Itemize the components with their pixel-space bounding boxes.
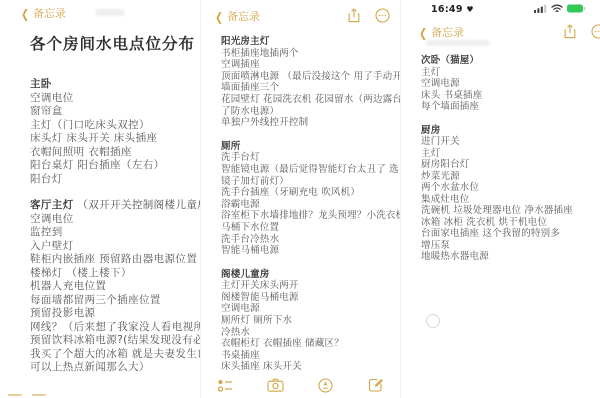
note-blank-line <box>421 113 600 125</box>
note-blank-line <box>221 129 400 141</box>
note-line: 楼梯灯 （楼上楼下） <box>30 267 200 281</box>
note-line: 浴霸电源 <box>221 199 400 211</box>
note-line: 衣帽柜灯 衣帽插座 储藏区？ <box>221 338 400 350</box>
note-line: 阁楼智能马桶电源 <box>221 292 400 304</box>
note-line: 监控到 <box>30 226 200 240</box>
note-page-3: 16:49 ♥ <box>400 0 600 398</box>
note-line: 浴室柜下水墙排地排？龙头预埋？小洗衣机 <box>221 210 400 222</box>
note-line: 空调电位 <box>30 92 200 106</box>
note-line: 空调插座 <box>221 59 400 71</box>
note-line: 洗碗机 垃圾处理器电位 净水器插座 <box>421 205 600 217</box>
note-page-1: ❮ 备忘录 各个房间水电点位分布主卧空调电位窗帘盒主灯（门口吃床头双控）床头灯 … <box>0 0 200 398</box>
note-line: 主灯（门口吃床头双控） <box>30 119 200 133</box>
note-line: 窗帘盒 <box>30 105 200 119</box>
note-line: 单独户外线控开控制 <box>221 117 400 129</box>
note-heading: 厨房 <box>421 125 600 137</box>
note-line: 书柜插座地插两个 <box>221 48 400 60</box>
note-line: 集成灶电位 <box>421 194 600 206</box>
note-heading: 次卧（猫屋） <box>421 55 600 67</box>
note-line: 洗手台插座（牙刷充电 吹风机） <box>221 187 400 199</box>
note-line: 阳台灯 <box>30 173 200 187</box>
note-body[interactable]: 各个房间水电点位分布主卧空调电位窗帘盒主灯（门口吃床头双控）床头灯 床头开关 床… <box>0 0 200 375</box>
note-title: 各个房间水电点位分布 <box>30 32 200 56</box>
note-line: 墙面插座三个 <box>221 82 400 94</box>
note-body[interactable]: 阳光房主灯书柜插座地插两个空调插座顶面喷淋电源 （最后没接这个 用了手动开关）墙… <box>201 0 400 373</box>
note-heading: 厕所 <box>221 141 400 153</box>
note-line: 冰箱 冰柜 洗衣机 烘干机电位 <box>421 217 600 229</box>
note-body[interactable]: 次卧（猫屋）主灯空调电源床头 书桌插座每个墙面插座厨房进门开关主灯厨房阳台灯炒菜… <box>401 0 600 263</box>
note-line: 炒菜光源 <box>421 171 600 183</box>
note-line: 洗手台冷热水 <box>221 234 400 246</box>
note-line: 主灯 <box>421 148 600 160</box>
note-line: 入户壁灯 <box>30 240 200 254</box>
note-line: 台面家电插座 这个我留的特别多 <box>421 228 600 240</box>
note-line: 衣帽间照明 衣帽插座 <box>30 146 200 160</box>
note-line: 厕所灯 厕所下水 <box>221 315 400 327</box>
note-line: 洗手台灯 <box>221 152 400 164</box>
note-line: 机器人充电位置 <box>30 280 200 294</box>
note-line: 主灯开关床头两开 <box>221 280 400 292</box>
cutoff-toolbar-hint <box>8 394 46 398</box>
note-line: 进门开关 <box>421 136 600 148</box>
note-line: 了防水电源） <box>221 106 400 118</box>
note-line: 主灯 <box>421 67 600 79</box>
note-line: 空调电源 <box>221 303 400 315</box>
note-line: 智能马桶电源 <box>221 245 400 257</box>
note-line: 智能镜电源（最后觉得智能灯台太丑了 选了普通 <box>221 164 400 176</box>
note-line: 网线？（后来想了我家没人看电视所以没 <box>30 321 200 335</box>
note-heading: 客厅主灯 （双开开关控制阁楼儿童房的 <box>30 199 200 213</box>
note-page-2: ❮ 备忘录 阳光房主灯书柜插座地插两个空调插座顶面喷淋电源 （最后没接这个 用了… <box>200 0 400 398</box>
empty-checkbox[interactable] <box>426 314 440 328</box>
note-line: 书桌插座 <box>221 350 400 362</box>
note-line: 冷热水 <box>221 327 400 339</box>
camera-icon[interactable] <box>267 377 284 394</box>
note-line: 地暖热水器电源 <box>421 251 600 263</box>
note-line: 我买了个超大的冰箱 就是夫妻发生口角 <box>30 348 200 362</box>
note-line: 可以上热点新闻那么大） <box>30 361 200 375</box>
note-blank-line <box>30 186 200 199</box>
note-line: 床头插座 床头开关 <box>221 361 400 373</box>
note-line: 预留投影电源 <box>30 307 200 321</box>
note-heading: 阳光房主灯 <box>221 36 400 48</box>
note-line: 阳台桌灯 阳台插座（左右） <box>30 159 200 173</box>
checklist-icon[interactable] <box>217 377 234 394</box>
note-line: 镜子加灯前灯） <box>221 176 400 188</box>
compose-icon[interactable] <box>367 377 384 394</box>
note-line: 每面墙都留两三个插座位置 <box>30 294 200 308</box>
note-blank-line <box>221 257 400 269</box>
note-heading: 阁楼儿童房 <box>221 269 400 281</box>
notes-bottom-toolbar <box>201 375 400 395</box>
note-line: 每个墙面插座 <box>421 101 600 113</box>
note-line: 预留饮料冰箱电源?(结果发现没有必要 要 <box>30 334 200 348</box>
note-line: 顶面喷淋电源 （最后没接这个 用了手动开关） <box>221 71 400 83</box>
note-heading: 主卧 <box>30 78 200 92</box>
note-line: 两个水盆水位 <box>421 182 600 194</box>
note-line: 增压泵 <box>421 240 600 252</box>
note-line: 鞋柜内嵌插座 预留路由器电源位置 <box>30 253 200 267</box>
note-line: 床头 书桌插座 <box>421 90 600 102</box>
markup-icon[interactable] <box>317 377 334 394</box>
note-line: 空调电位 <box>30 213 200 227</box>
note-line: 花园壁灯 花园洗衣机 花园留水（两边露台都留 <box>221 94 400 106</box>
note-line: 床头灯 床头开关 床头插座 <box>30 132 200 146</box>
note-line: 马桶下水位置 <box>221 222 400 234</box>
note-line: 厨房阳台灯 <box>421 159 600 171</box>
note-line: 空调电源 <box>421 78 600 90</box>
notes-app-screenshot-collage: ❮ 备忘录 各个房间水电点位分布主卧空调电位窗帘盒主灯（门口吃床头双控）床头灯 … <box>0 0 600 398</box>
